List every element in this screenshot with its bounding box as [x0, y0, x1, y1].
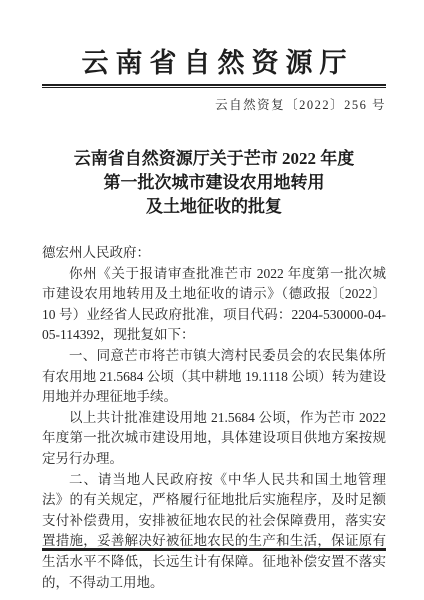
paragraph-approval-basis: 你州《关于报请审查批准芒市 2022 年度第一批次城市建设农用地转用及土地征收的… — [42, 264, 386, 346]
document-title-line-1: 云南省自然资源厅关于芒市 2022 年度 — [42, 147, 386, 171]
document-title-line-3: 及土地征收的批复 — [42, 195, 386, 219]
page-footer-rule — [42, 548, 386, 551]
letterhead-divider — [42, 84, 386, 88]
document-title: 云南省自然资源厅关于芒市 2022 年度 第一批次城市建设农用地转用 及土地征收… — [42, 147, 386, 219]
document-number: 云自然资复〔2022〕256 号 — [42, 97, 386, 113]
paragraph-item-1: 一、同意芒市将芒市镇大湾村民委员会的农民集体所有农用地 21.5684 公顷（其… — [42, 346, 386, 408]
document-body: 德宏州人民政府： 你州《关于报请审查批准芒市 2022 年度第一批次城市建设农用… — [42, 243, 386, 593]
agency-letterhead-title: 云南省自然资源厅 — [42, 46, 386, 80]
official-document-page: 云南省自然资源厅 云自然资复〔2022〕256 号 云南省自然资源厅关于芒市 2… — [0, 0, 424, 600]
paragraph-item-2: 二、请当地人民政府按《中华人民共和国土地管理法》的有关规定，严格履行征地批后实施… — [42, 470, 386, 594]
document-title-line-2: 第一批次城市建设农用地转用 — [42, 171, 386, 195]
paragraph-item-1-summary: 以上共计批准建设用地 21.5684 公顷，作为芒市 2022 年度第一批次城市… — [42, 408, 386, 470]
salutation: 德宏州人民政府： — [42, 243, 386, 264]
